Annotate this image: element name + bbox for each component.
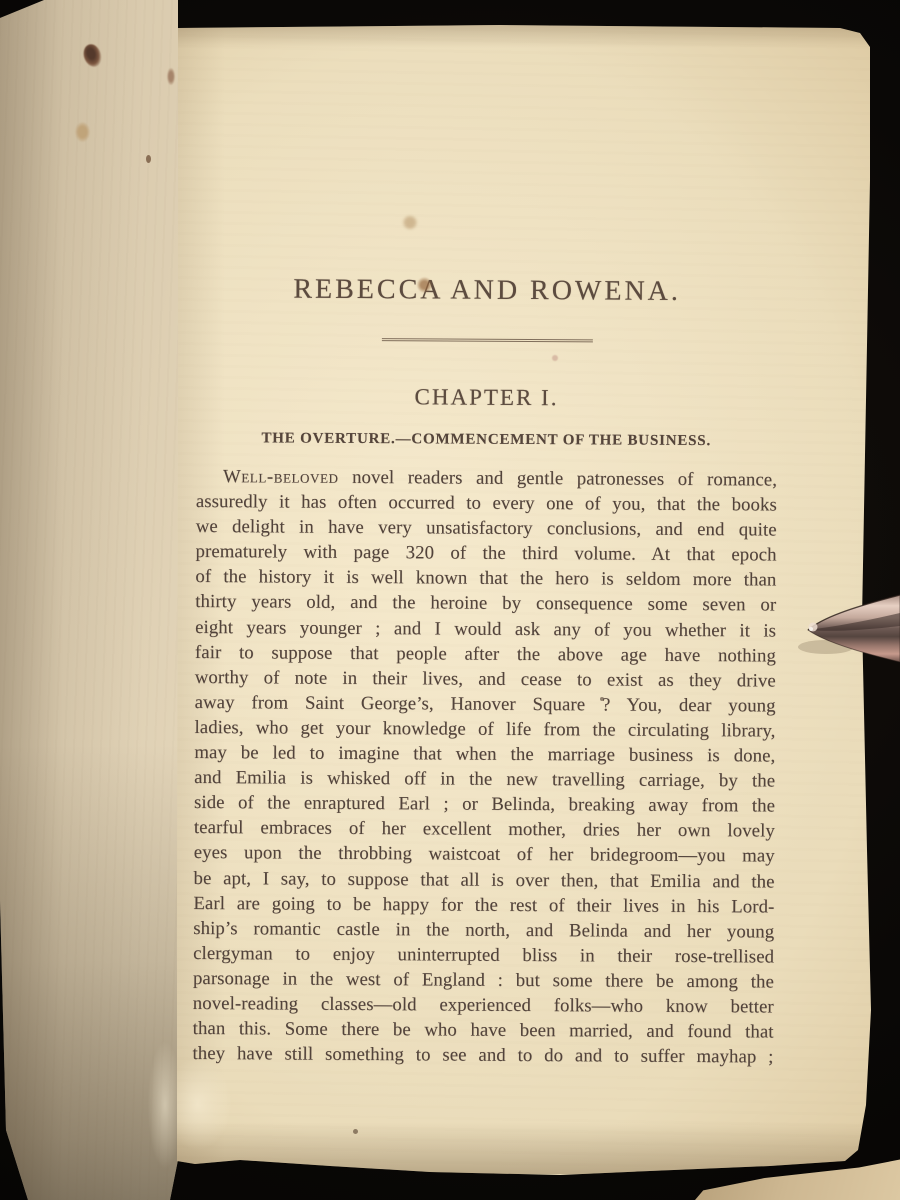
foxing-spot [75, 122, 90, 142]
smudge-stain [353, 1129, 358, 1134]
foxing-spot [167, 68, 175, 85]
ink-speck [600, 697, 604, 701]
smudge-stain [417, 277, 432, 293]
body-line: fair to suppose that people after the ab… [195, 640, 776, 669]
section-subtitle: THE OVERTURE.—COMMENCEMENT OF THE BUSINE… [196, 428, 776, 452]
double-rule [382, 338, 593, 342]
page-title: REBECCA AND ROWENA. [197, 273, 777, 309]
body-text: Well-beloved novel readers and gentle pa… [192, 464, 777, 1070]
body-line: worthy of note in their lives, and cease… [195, 665, 776, 694]
foxing-spot [146, 155, 151, 163]
body-line: clergyman to enjoy uninterrupted bliss i… [193, 941, 774, 970]
book-photo: REBECCA AND ROWENA. CHAPTER I. THE OVERT… [0, 0, 900, 1200]
body-line: may be led to imagine that when the marr… [194, 740, 775, 769]
body-line: assuredly it has often occurred to every… [196, 489, 777, 518]
body-line: tearful embraces of her excellent mother… [194, 815, 775, 844]
body-line: eight years younger ; and I would ask an… [195, 615, 776, 644]
body-line: we delight in have very unsatisfactory c… [196, 514, 777, 543]
body-line: ship’s romantic castle in the north, and… [193, 916, 774, 945]
smallcaps-lead-word: Well-beloved [223, 466, 339, 488]
body-line: Earl are going to be happy for the rest … [193, 891, 774, 920]
body-line: be apt, I say, to suppose that all is ov… [194, 865, 775, 894]
body-line: than this. Some there be who have been m… [193, 1016, 774, 1045]
body-line: thirty years old, and the heroine by con… [195, 589, 776, 618]
body-line: prematurely with page 320 of the third v… [196, 539, 777, 568]
body-line: of the history it is well known that the… [195, 564, 776, 593]
pen-nib [792, 584, 900, 674]
body-line: ladies, who get your knowledge of life f… [194, 715, 775, 744]
body-line: Well-beloved novel readers and gentle pa… [196, 464, 777, 493]
smudge-stain [402, 215, 418, 230]
smudge-stain [552, 355, 558, 361]
body-line: side of the enraptured Earl ; or Belinda… [194, 790, 775, 819]
body-line: eyes upon the throbbing waistcoat of her… [194, 840, 775, 869]
body-line: parsonage in the west of England : but s… [193, 966, 774, 995]
body-line: they have still something to see and to … [192, 1041, 773, 1070]
chapter-heading: CHAPTER I. [196, 382, 776, 414]
body-line: away from Saint George’s, Hanover Square… [195, 690, 776, 719]
body-line: and Emilia is whisked off in the new tra… [194, 765, 775, 794]
body-line: novel-reading classes—old experienced fo… [193, 991, 774, 1020]
